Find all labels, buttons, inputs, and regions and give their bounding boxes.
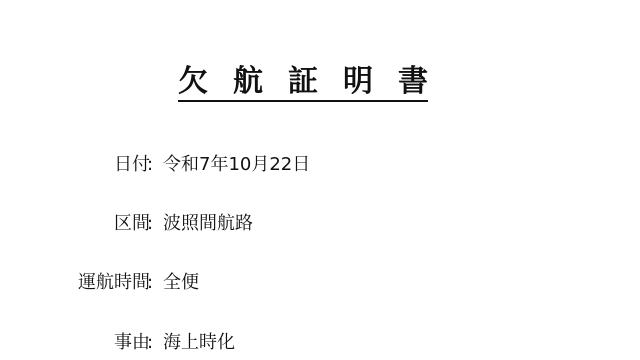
field-label: 運航時間	[78, 271, 150, 295]
title-char: 証	[288, 64, 318, 100]
field-separator: :	[147, 331, 153, 355]
field-separator: :	[147, 153, 153, 177]
field-service-time: 運航時間 : 全便	[0, 271, 640, 295]
field-separator: :	[147, 271, 153, 295]
field-label: 日付	[114, 153, 150, 177]
title-char: 明	[343, 64, 373, 100]
document-title: 欠 航 証 明 書	[178, 64, 428, 102]
title-char: 欠	[178, 64, 208, 100]
field-date: 日付 : 令和7年10月22日	[0, 153, 640, 177]
field-value: 令和7年10月22日	[163, 153, 310, 177]
title-char: 書	[398, 64, 428, 100]
field-value: 海上時化	[163, 331, 235, 355]
field-route: 区間 : 波照間航路	[0, 212, 640, 236]
field-value: 波照間航路	[163, 212, 253, 236]
title-char: 航	[233, 64, 263, 100]
field-label: 事由	[114, 331, 150, 355]
field-value: 全便	[163, 271, 199, 295]
field-label: 区間	[114, 212, 150, 236]
field-separator: :	[147, 212, 153, 236]
field-reason: 事由 : 海上時化	[0, 331, 640, 355]
